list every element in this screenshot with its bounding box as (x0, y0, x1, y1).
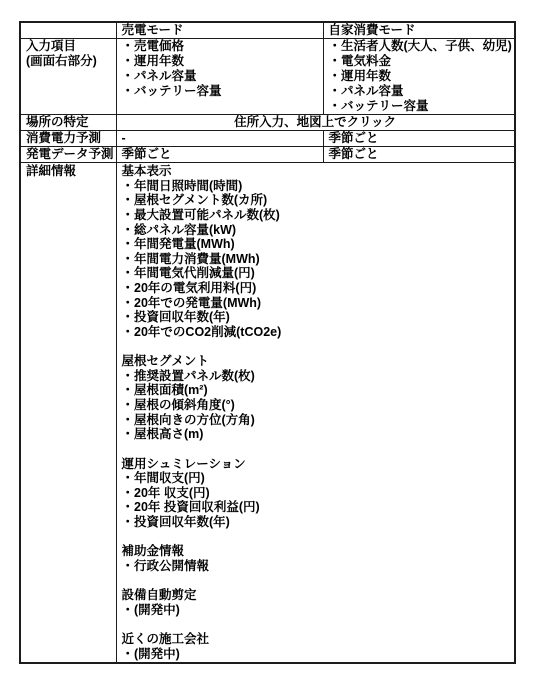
location-row: 場所の特定 住所入力、地図上でクリック (20, 115, 515, 131)
generation-forecast-row-label: 発電データ予測 (20, 147, 116, 163)
generation-sell-cell: 季節ごと (116, 147, 323, 163)
consumption-sell-cell: - (116, 131, 323, 147)
header-self-mode-cell: 自家消費モード (323, 22, 515, 39)
detail-info-row: 詳細情報 基本表示・年間日照時間(時間)・屋根セグメント数(カ所)・最大設置可能… (20, 163, 515, 664)
generation-self-cell: 季節ごと (323, 147, 515, 163)
input-items-row: 入力項目(画面右部分) ・売電価格・運用年数・パネル容量・バッテリー容量 ・生活… (20, 39, 515, 115)
header-sell-mode-cell: 売電モード (116, 22, 323, 39)
header-blank-cell (20, 22, 116, 39)
consumption-self-cell: 季節ごと (323, 131, 515, 147)
page: { "table": { "header": { "blank": "", "s… (0, 0, 536, 676)
generation-forecast-row: 発電データ予測 季節ごと 季節ごと (20, 147, 515, 163)
location-value-cell: 住所入力、地図上でクリック (116, 115, 515, 131)
consumption-forecast-row-label: 消費電力予測 (20, 131, 116, 147)
header-row: 売電モード 自家消費モード (20, 22, 515, 39)
input-items-self-cell: ・生活者人数(大人、子供、幼児)・電気料金・運用年数・パネル容量・バッテリー容量 (323, 39, 515, 115)
consumption-forecast-row: 消費電力予測 - 季節ごと (20, 131, 515, 147)
location-row-label: 場所の特定 (20, 115, 116, 131)
input-items-row-label: 入力項目(画面右部分) (20, 39, 116, 115)
input-items-sell-cell: ・売電価格・運用年数・パネル容量・バッテリー容量 (116, 39, 323, 115)
detail-info-row-label: 詳細情報 (20, 163, 116, 664)
detail-info-lines-cell: 基本表示・年間日照時間(時間)・屋根セグメント数(カ所)・最大設置可能パネル数(… (116, 163, 515, 664)
mode-comparison-table: 売電モード 自家消費モード 入力項目(画面右部分) ・売電価格・運用年数・パネル… (19, 21, 516, 664)
